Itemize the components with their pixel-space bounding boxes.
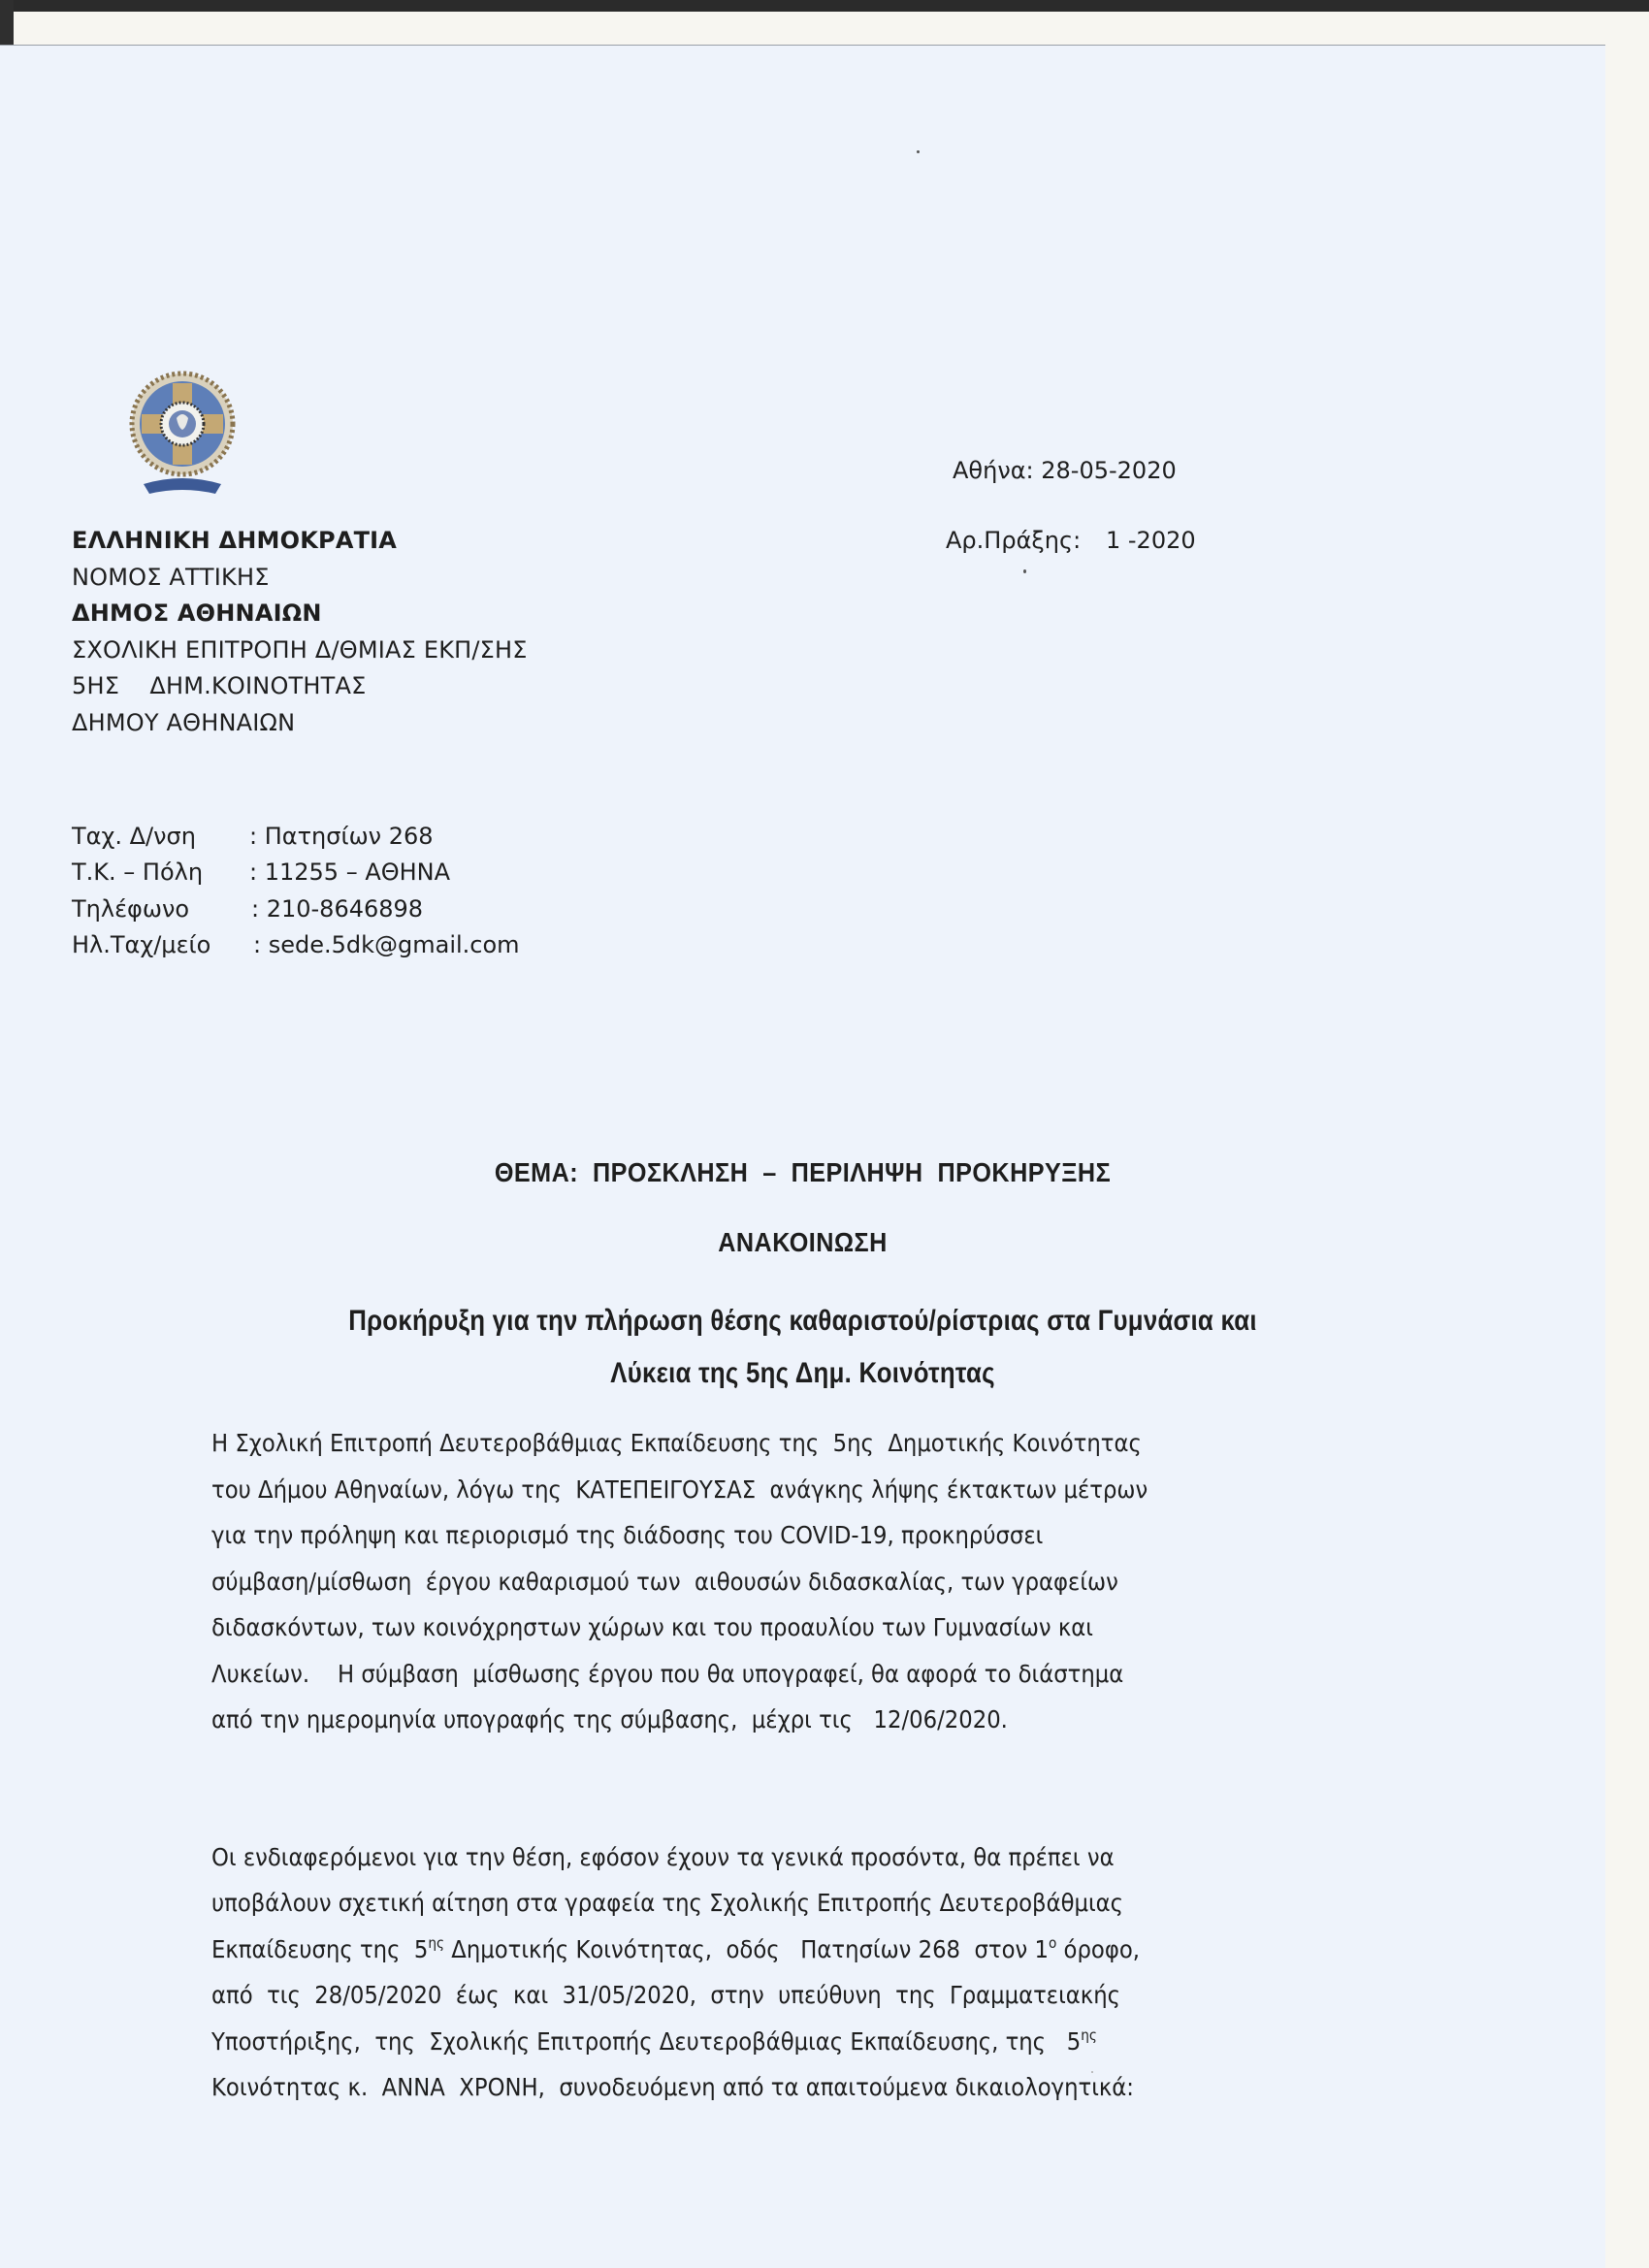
header-line-prefecture: ΝΟΜΟΣ ΑΤΤΙΚΗΣ (72, 566, 270, 589)
document-date: Αθήνα: 28-05-2020 (953, 459, 1177, 482)
subject-heading: ΘΕΜΑ: ΠΡΟΣΚΛΗΣΗ – ΠΕΡΙΛΗΨΗ ΠΡΟΚΗΡΥΞΗΣ (81, 1159, 1526, 1186)
contact-address-label: Ταχ. Δ/νση (72, 825, 196, 848)
paragraph2-line: Υποστήριξης, της Σχολικής Επιτροπής Δευτ… (211, 2029, 1097, 2054)
document-page: ΕΛΛΗΝΙΚΗ ΔΗΜΟΚΡΑΤΙΑ ΝΟΜΟΣ ΑΤΤΙΚΗΣ ΔΗΜΟΣ … (0, 45, 1605, 2268)
paragraph1-line: σύμβαση/μίσθωση έργου καθαρισμού των αιθ… (211, 1570, 1118, 1594)
header-line-community: 5ΗΣ ΔΗΜ.ΚΟΙΝΟΤΗΤΑΣ (72, 674, 367, 697)
paragraph1-line: Λυκείων. Η σύμβαση μίσθωσης έργου που θα… (211, 1662, 1123, 1686)
paragraph1-line: από την ημερομηνία υπογραφής της σύμβαση… (211, 1707, 1008, 1732)
scan-speck (1091, 2071, 1093, 2073)
paragraph1-line: διδασκόντων, των κοινόχρηστων χώρων και … (211, 1615, 1093, 1639)
paragraph2-line: υποβάλουν σχετική αίτηση στα γραφεία της… (211, 1891, 1123, 1915)
title-line-2: Λύκεια της 5ης Δημ. Κοινότητας (113, 1359, 1493, 1388)
header-line-municipality: ΔΗΜΟΣ ΑΘΗΝΑΙΩΝ (72, 601, 322, 625)
header-line-committee: ΣΧΟΛΙΚΗ ΕΠΙΤΡΟΠΗ Δ/ΘΜΙΑΣ ΕΚΠ/ΣΗΣ (72, 638, 528, 662)
header-line-municipality-of: ΔΗΜΟΥ ΑΘΗΝΑΙΩΝ (72, 711, 295, 734)
paragraph2-text: από τις 28/05/2020 έως και 31/05/2020, σ… (211, 1981, 1120, 2009)
paragraph2-text: Εκπαίδευσης της 5 (211, 1935, 428, 1963)
contact-phone-value: : 210-8646898 (251, 897, 423, 921)
contact-phone-label: Τηλέφωνο (72, 897, 189, 921)
scanner-edge-left (0, 0, 14, 47)
paragraph2-text: Υποστήριξης, της Σχολικής Επιτροπής Δευτ… (211, 2027, 1081, 2056)
scan-speck (1023, 569, 1026, 573)
paragraph2-line: Κοινότητας κ. ΑΝΝΑ ΧΡΟΝΗ, συνοδευόμενη α… (211, 2075, 1134, 2099)
superscript-ordinal: ης (1081, 2026, 1097, 2044)
paragraph2-line: από τις 28/05/2020 έως και 31/05/2020, σ… (211, 1983, 1120, 2007)
scan-speck (917, 150, 920, 153)
contact-city-label: Τ.Κ. – Πόλη (72, 860, 203, 884)
contact-address-value: : Πατησίων 268 (249, 825, 434, 848)
announcement-heading: ΑΝΑΚΟΙΝΩΣΗ (81, 1229, 1526, 1256)
header-line-republic: ΕΛΛΗΝΙΚΗ ΔΗΜΟΚΡΑΤΙΑ (72, 529, 397, 552)
municipality-emblem-icon (124, 368, 241, 503)
protocol-number: 1 -2020 (1106, 529, 1196, 552)
contact-email-label: Ηλ.Ταχ/μείο (72, 933, 210, 956)
paragraph1-line: για την πρόληψη και περιορισμό της διάδο… (211, 1523, 1043, 1547)
contact-email-value: : sede.5dk@gmail.com (253, 933, 520, 956)
protocol-label: Αρ.Πράξης: (946, 529, 1081, 552)
paragraph2-line: Οι ενδιαφερόμενοι για την θέση, εφόσον έ… (211, 1845, 1115, 1869)
superscript-ordinal: ης (428, 1934, 444, 1952)
paragraph2-text: Οι ενδιαφερόμενοι για την θέση, εφόσον έ… (211, 1843, 1115, 1871)
paragraph2-text: όροφο, (1056, 1935, 1140, 1963)
title-line-1: Προκήρυξη για την πλήρωση θέσης καθαριστ… (113, 1307, 1493, 1336)
paragraph2-text: Κοινότητας κ. ΑΝΝΑ ΧΡΟΝΗ, συνοδευόμενη α… (211, 2073, 1134, 2101)
contact-city-value: : 11255 – ΑΘΗΝΑ (249, 860, 450, 884)
paragraph1-line: του Δήμου Αθηναίων, λόγω της ΚΑΤΕΠΕΙΓΟΥΣ… (211, 1477, 1148, 1502)
paragraph1-line: Η Σχολική Επιτροπή Δευτεροβάθμιας Εκπαίδ… (211, 1431, 1142, 1455)
paragraph2-text: Δημοτικής Κοινότητας, οδός Πατησίων 268 … (444, 1935, 1049, 1963)
paragraph2-line: Εκπαίδευσης της 5ης Δημοτικής Κοινότητας… (211, 1937, 1140, 1961)
scanner-edge-top (0, 0, 1649, 12)
paragraph2-text: υποβάλουν σχετική αίτηση στα γραφεία της… (211, 1889, 1123, 1917)
